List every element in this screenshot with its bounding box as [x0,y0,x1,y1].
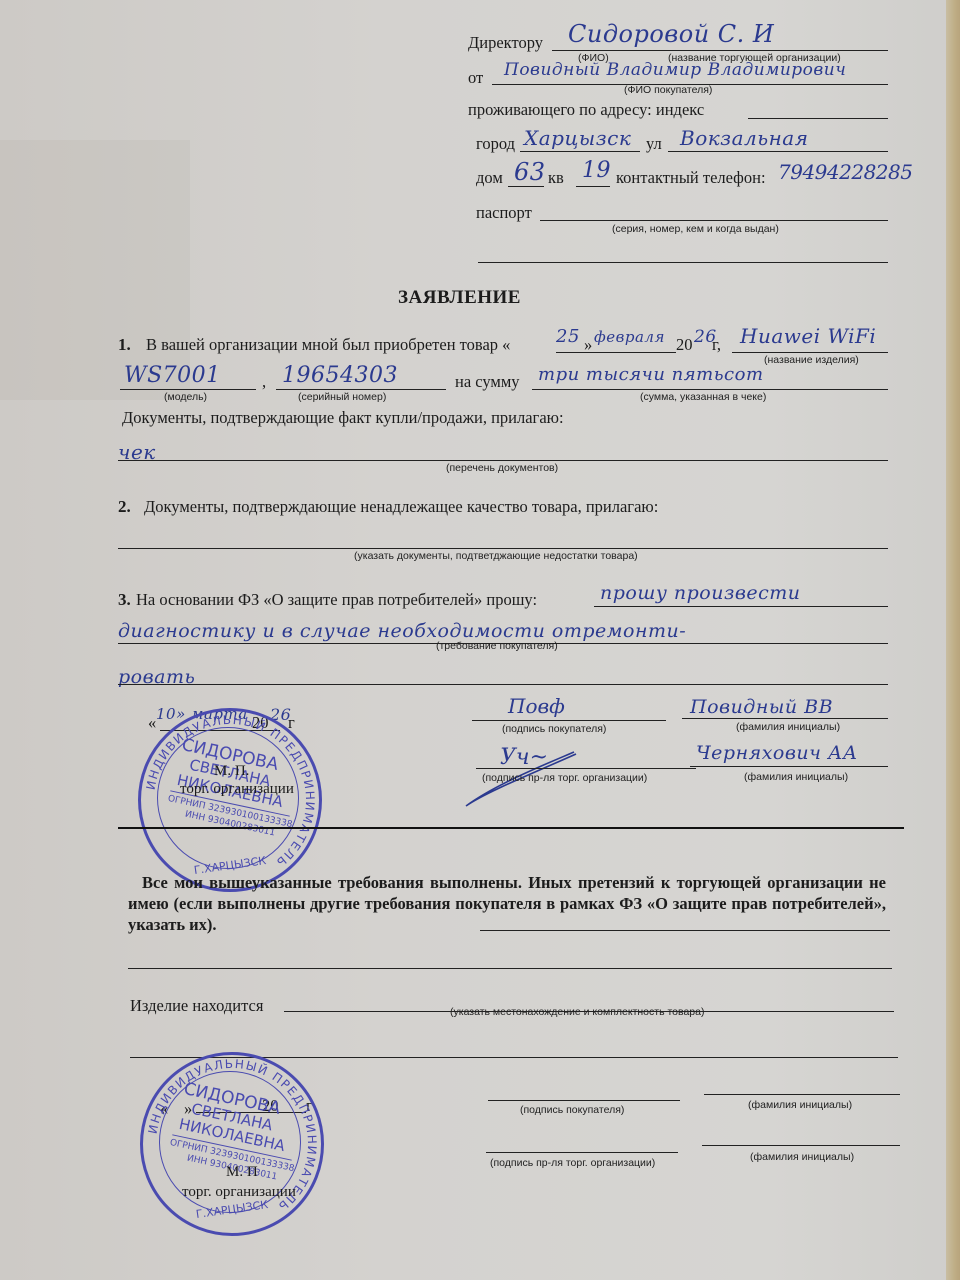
passport-caption: (серия, номер, кем и когда выдан) [612,223,779,235]
location-label: Изделие находится [130,996,263,1016]
buyer-name-line [682,718,888,719]
buyer-sign-caption-2: (подпись покупателя) [520,1104,624,1116]
buyer-sign-line-2 [488,1100,680,1101]
section-3-text: На основании ФЗ «О защите прав потребите… [136,590,537,610]
docs-line [118,460,888,461]
model-caption: (модель) [164,391,207,403]
serial-line [276,389,446,390]
city-label: город [476,134,515,154]
serial-value: 19654303 [282,363,398,388]
location-caption: (указать местонахождение и комплектность… [450,1006,704,1018]
seller-name-caption-2: (фамилия инициалы) [750,1151,854,1163]
mp-label-2: М. П [226,1164,258,1181]
section-1-text: В вашей организации мной был приобретен … [146,335,510,355]
year-end: г, [712,335,721,355]
model-value: WS7001 [124,363,221,388]
section-3-number: 3. [118,590,131,610]
buyer-name-line-2 [704,1094,900,1095]
seller-name: Черняхович АА [696,742,858,764]
request-line-3-rule [118,684,888,685]
section-2-line [118,548,888,549]
buyer-name-caption-2: (фамилия инициалы) [748,1099,852,1111]
street-line [668,151,888,152]
mp-org-2: торг. организации [182,1184,296,1201]
purchase-date-line [556,352,676,353]
buyer-signature: Повф [508,694,565,718]
sum-caption: (сумма, указанная в чеке) [640,391,766,403]
docs-label: Документы, подтверждающие факт купли/про… [122,408,564,428]
apt-line [576,186,610,187]
phone-label: контактный телефон: [616,168,766,188]
document-title: ЗАЯВЛЕНИЕ [398,287,521,309]
house-line [508,186,544,187]
item-name-caption: (название изделия) [764,354,859,366]
sum-line [532,389,888,390]
house-value: 63 [514,158,546,186]
request-caption: (требование покупателя) [436,640,558,652]
section-divider [118,827,904,829]
director-line [552,50,888,51]
completion-paragraph: Все мои вышеуказанные требования выполне… [128,872,886,935]
section-2-text: Документы, подтверждающие ненадлежащее к… [144,497,658,517]
request-line-1-rule [594,606,888,607]
index-field [748,118,888,119]
mp-org-1: торг. организации [180,781,294,798]
seller-sign-line-2 [486,1152,678,1153]
street-label: ул [646,134,662,154]
street-value: Вокзальная [680,126,808,150]
buyer-sign-caption: (подпись покупателя) [502,723,606,735]
seller-sign-line [476,768,696,769]
seller-name-caption: (фамилия инициалы) [744,771,848,783]
purchase-day: 25 [556,326,580,347]
paper-shadow [0,140,190,400]
passport-line-2 [478,262,888,263]
passport-label: паспорт [476,203,532,223]
passport-line [540,220,888,221]
phone-value: 79494228285 [778,160,912,184]
seller-sign-caption-2: (подпись пр-ля торг. организации) [490,1157,655,1169]
seller-name-line-2 [702,1145,900,1146]
house-label: дом [476,168,503,188]
paper-edge [946,0,960,1280]
docs-caption: (перечень документов) [446,462,558,474]
company-stamp-2: ИНДИВИДУАЛЬНЫЙ ПРЕДПРИНИМАТЕЛЬ СИДОРОВА … [140,1052,324,1236]
section-2-number: 2. [118,497,131,517]
request-line-1: прошу произвести [600,582,801,604]
buyer-sign-line [472,720,666,721]
request-line-2: диагностику и в случае необходимости отр… [118,620,686,642]
completion-line-1 [480,930,890,931]
apt-label: кв [548,168,564,188]
seller-sign-caption: (подпись пр-ля торг. организации) [482,772,647,784]
completion-line-2 [128,968,892,969]
section-2-caption: (указать документы, подтветджающие недос… [354,550,638,562]
company-stamp: ИНДИВИДУАЛЬНЫЙ ПРЕДПРИНИМАТЕЛЬ СИДОРОВА … [138,708,322,892]
mp-label-1: М. П. [214,763,249,780]
city-value: Харцызск [524,126,631,150]
item-name-line [732,352,888,353]
director-value: Сидоровой С. И [568,20,774,48]
sum-value: три тысячи пятьсот [538,364,764,385]
buyer-name: Повидный ВВ [690,696,833,718]
buyer-name-caption: (фамилия инициалы) [736,721,840,733]
comma: , [262,372,266,392]
city-line [520,151,640,152]
from-caption: (ФИО покупателя) [624,84,712,96]
year-prefix: 20 [676,335,693,355]
section-1-number: 1. [118,335,131,355]
director-label: Директору [468,33,543,53]
seller-name-line [690,766,888,767]
from-label: от [468,68,483,88]
from-value: Повидный Владимир Владимирович [504,60,846,80]
item-name: Huawei WiFi [740,324,876,348]
serial-caption: (серийный номер) [298,391,386,403]
model-line [120,389,256,390]
purchase-month: февраля [594,328,665,346]
address-label: проживающего по адресу: индекс [468,100,704,120]
sum-label: на сумму [455,372,520,392]
apt-value: 19 [582,158,611,183]
